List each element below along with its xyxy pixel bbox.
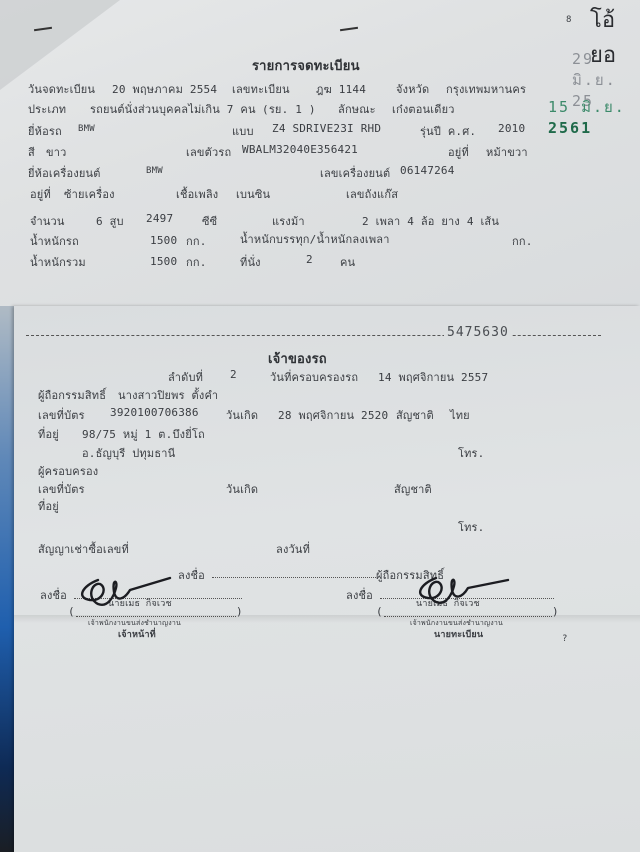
- owner-phone-label: โทร.: [458, 444, 485, 462]
- perforation-line: [26, 335, 601, 336]
- right-sign-label: ลงชื่อ: [346, 586, 373, 604]
- chassis-loc-label: อยู่ที่: [448, 143, 469, 161]
- brand-label: ยี่ห้อรถ: [28, 122, 62, 140]
- year-label: รุ่นปี ค.ศ.: [420, 122, 476, 140]
- province-value: กรุงเทพมหานคร: [446, 80, 526, 98]
- stamp-number: 8: [566, 15, 572, 25]
- reg-no-label: เลขทะเบียน: [232, 80, 290, 98]
- owner-birth-label: วันเกิด: [226, 406, 258, 424]
- model-label: แบบ: [232, 122, 254, 140]
- owner-address-line1: 98/75 หมู่ 1 ต.บึงยี่โถ: [82, 425, 205, 443]
- reg-date-value: 20 พฤษภาคม 2554: [112, 80, 217, 98]
- engine-brand-label: ยี่ห้อเครื่องยนต์: [28, 164, 101, 182]
- fuel-value: เบนซิน: [236, 185, 270, 203]
- vehicle-weight-unit: กก.: [186, 232, 207, 250]
- possessor-birth-label: วันเกิด: [226, 480, 258, 498]
- color-label: สี: [28, 143, 35, 161]
- owner-nationality-label: สัญชาติ: [396, 406, 434, 424]
- engine-loc-label: อยู่ที่: [30, 185, 51, 203]
- cc-value: 2497: [146, 212, 173, 225]
- date-stamp-green: 15 มิ.ย. 2561: [548, 95, 640, 137]
- cylinders-value: 6 สูบ: [96, 212, 124, 230]
- stamp-day-month: 15 มิ.ย.: [548, 98, 626, 116]
- owner-address-label: ที่อยู่: [38, 425, 59, 443]
- owner-value: นางสาวปิยพร ตั้งคำ: [118, 386, 218, 404]
- hp-label: แรงม้า: [272, 212, 305, 230]
- fuel-label: เชื้อเพลิง: [176, 185, 218, 203]
- owner-sign-line: [212, 577, 376, 578]
- printed-mark: [340, 27, 358, 31]
- chassis-label: เลขตัวรถ: [186, 143, 231, 161]
- page-mark: ?: [562, 634, 568, 644]
- hire-contract-label: สัญญาเช่าซื้อเลขที่: [38, 540, 129, 558]
- order-label: ลำดับที่: [168, 368, 203, 386]
- engine-no-label: เลขเครื่องยนต์: [320, 164, 390, 182]
- owner-label: ผู้ถือกรรมสิทธิ์: [38, 386, 106, 404]
- load-weight-unit: กก.: [512, 232, 533, 250]
- axle-wheel-tire: 2 เพลา 4 ล้อ ยาง 4 เส้น: [362, 212, 499, 230]
- engine-loc-value: ซ้ายเครื่อง: [64, 185, 115, 203]
- chassis-value: WBALM32040E356421: [242, 143, 358, 156]
- owner-section-title: เจ้าของรถ: [268, 348, 327, 369]
- left-sign-label: ลงชื่อ: [40, 586, 67, 604]
- brand-value: BMW: [78, 124, 95, 134]
- serial-number: 5475630: [444, 325, 512, 340]
- vehicle-weight-label: น้ำหนักรถ: [30, 232, 79, 250]
- reg-no-value: ฎฆ 1144: [316, 80, 366, 98]
- possession-date-value: 14 พฤศจิกายน 2557: [378, 368, 488, 386]
- possessor-nationality-label: สัญชาติ: [394, 480, 432, 498]
- style-label: ลักษณะ: [338, 100, 376, 118]
- folded-corner: [0, 0, 120, 90]
- color-value: ขาว: [46, 143, 66, 161]
- total-weight-value: 1500: [150, 255, 177, 268]
- left-signer-role: เจ้าหน้าที่: [118, 627, 156, 641]
- possessor-phone-label: โทร.: [458, 518, 485, 536]
- total-weight-label: น้ำหนักรวม: [30, 253, 86, 271]
- total-weight-unit: กก.: [186, 253, 207, 271]
- reg-date-label: วันจดทะเบียน: [28, 80, 95, 98]
- engine-brand-value: BMW: [146, 166, 163, 176]
- model-value: Z4 SDRIVE23I RHD: [272, 122, 381, 135]
- cylinders-label: จำนวน: [30, 212, 65, 230]
- seats-label: ที่นั่ง: [240, 253, 261, 271]
- type-value: รถยนต์นั่งส่วนบุคคลไม่เกิน 7 คน: [90, 100, 256, 118]
- owner-birth-value: 28 พฤศจิกายน 2520: [278, 406, 388, 424]
- owner-sign-label: ลงชื่อ: [178, 566, 205, 584]
- order-value: 2: [230, 368, 237, 381]
- registration-title: รายการจดทะเบียน: [252, 55, 360, 76]
- fold-crease: [14, 615, 640, 623]
- type-code: (รย. 1 ): [262, 100, 316, 118]
- style-value: เก๋งตอนเดียว: [392, 100, 455, 118]
- possessor-id-label: เลขที่บัตร: [38, 480, 85, 498]
- registration-sheet: 8 โอ้ยอ 29 มิ.ย. 25 15 มิ.ย. 2561 รายการ…: [0, 0, 640, 306]
- owner-nationality-value: ไทย: [450, 406, 470, 424]
- year-value: 2010: [498, 122, 525, 135]
- possessor-address-label: ที่อยู่: [38, 497, 59, 515]
- province-label: จังหวัด: [396, 80, 429, 98]
- stamp-year: 2561: [548, 119, 592, 137]
- chassis-loc-value: หม้าขวา: [486, 143, 528, 161]
- vehicle-weight-value: 1500: [150, 234, 177, 247]
- contract-date-label: ลงวันที่: [276, 540, 310, 558]
- left-signature: [72, 574, 182, 618]
- type-label: ประเภท: [28, 100, 66, 118]
- owner-address-line2: อ.ธัญบุรี ปทุมธานี: [82, 444, 175, 462]
- right-signature: [408, 572, 518, 616]
- owner-id-label: เลขที่บัตร: [38, 406, 85, 424]
- seats-unit: คน: [340, 253, 355, 271]
- owner-id-value: 3920100706386: [110, 406, 199, 419]
- possession-date-label: วันที่ครอบครองรถ: [270, 368, 358, 386]
- gas-tank-label: เลขถังแก๊ส: [346, 185, 398, 203]
- seats-value: 2: [306, 253, 313, 266]
- right-signer-role: นายทะเบียน: [434, 627, 483, 641]
- engine-no-value: 06147264: [400, 164, 455, 177]
- possessor-label: ผู้ครอบครอง: [38, 462, 98, 480]
- cc-label: ซีซี: [202, 212, 217, 230]
- load-weight-label: น้ำหนักบรรทุก/น้ำหนักลงเพลา: [240, 230, 390, 248]
